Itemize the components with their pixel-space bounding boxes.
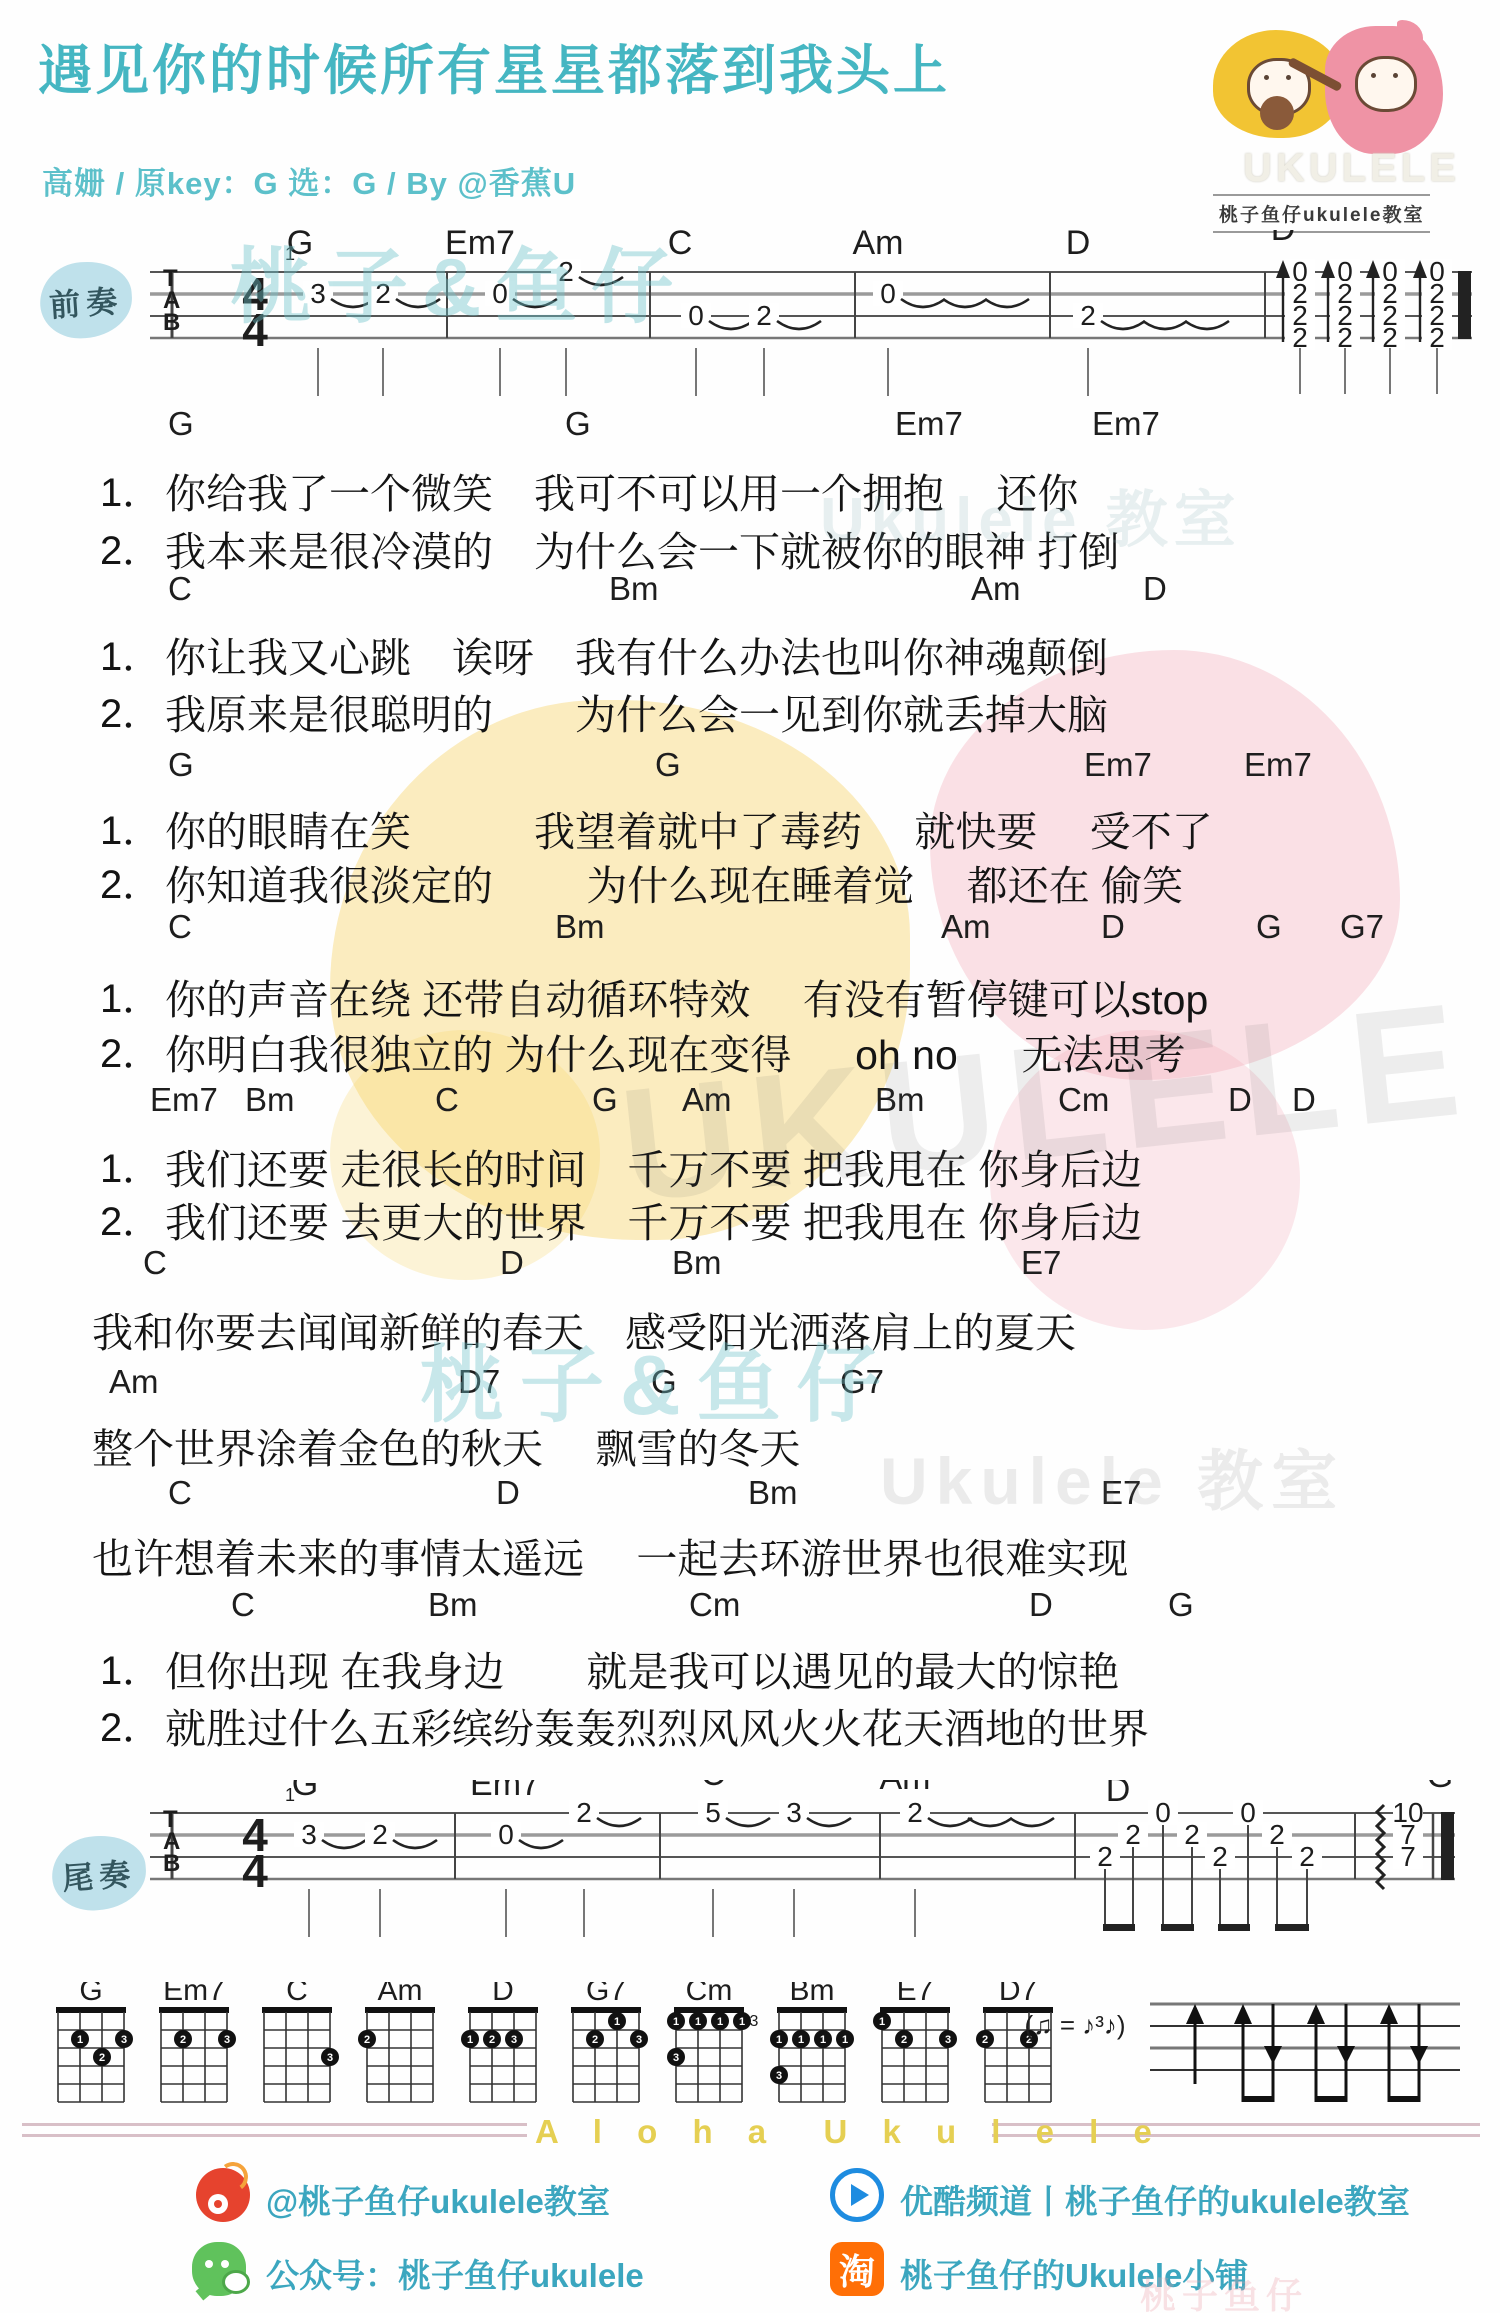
lyric-chord-label: Bm xyxy=(609,570,659,608)
tab-fret-number: 2 xyxy=(1080,300,1096,331)
footer-weibo-text: @桃子鱼仔ukulele教室 xyxy=(266,2176,610,2223)
finger-number: 1 xyxy=(798,2034,804,2046)
verse-number: 1． xyxy=(100,625,162,682)
tab-fret-number: 3 xyxy=(301,1819,317,1850)
finger-number: 1 xyxy=(842,2034,848,2046)
staff-letter: B xyxy=(163,309,180,336)
wechat-icon xyxy=(192,2242,246,2296)
diagram-nut xyxy=(777,2007,847,2013)
time-signature-bottom: 4 xyxy=(242,304,268,356)
lyric-line: 整个世界涂着金色的秋天 飘雪的冬天 xyxy=(92,1416,800,1475)
lyric-chord-label: G xyxy=(565,405,591,443)
diagram-nut xyxy=(159,2007,229,2013)
tab-fret-number: 0 xyxy=(880,278,896,309)
aloha-ukulele-text: A l o h a U k u l e l e xyxy=(535,2113,985,2151)
tab-fret-number: 2 xyxy=(1212,1841,1228,1872)
lyric-chord-label: Em7 xyxy=(1244,746,1312,784)
logo-pink-face xyxy=(1355,56,1417,112)
tab-chord-label: C xyxy=(668,230,693,262)
tie-arc xyxy=(1010,1818,1054,1826)
diagram-nut xyxy=(262,2007,332,2013)
tie-arc xyxy=(726,1818,770,1826)
finger-number: 2 xyxy=(489,2034,495,2046)
lyric-chord-label: G xyxy=(655,746,681,784)
verse-number: 2． xyxy=(100,519,162,576)
chord-diagram-name: G xyxy=(79,1982,102,2007)
lyric-chord-label: Em7 xyxy=(895,405,963,443)
tie-arc xyxy=(985,299,1029,307)
tie-arc xyxy=(943,299,987,307)
tie-arc xyxy=(1143,321,1187,329)
lyric-chord-label: Bm xyxy=(672,1244,722,1282)
lyric-chord-label: D xyxy=(1029,1586,1053,1624)
weibo-icon xyxy=(196,2168,250,2222)
page-title: 遇见你的时候所有星星都落到我头上 xyxy=(38,28,950,105)
lyric-chord-label: G xyxy=(168,405,194,443)
tab-chord-label: C xyxy=(701,1780,726,1793)
lyric-line: 你的声音在绕 还带自动循环特效 有没有暂停键可以stop xyxy=(165,967,1208,1026)
footer-wechat-text: 公众号：桃子鱼仔ukulele xyxy=(266,2250,644,2297)
tab-chord-label: D xyxy=(1271,230,1296,248)
tie-arc xyxy=(709,321,753,329)
arpeggio-squiggle xyxy=(1377,1805,1384,1889)
lyric-line: 就胜过什么五彩缤纷轰轰烈烈风风火火花天酒地的世界 xyxy=(165,1696,1149,1755)
finger-number: 3 xyxy=(511,2034,517,2046)
lyric-chord-label: Em7 xyxy=(1092,405,1160,443)
lyric-line: 我们还要 走很长的时间 千万不要 把我甩在 你身后边 xyxy=(165,1137,1142,1196)
tie-arc xyxy=(513,299,557,307)
tab-fret-number: 2 xyxy=(558,256,574,287)
lyric-line: 也许想着未来的事情太遥远 一起去环游世界也很难实现 xyxy=(92,1526,1128,1585)
lyric-chord-label: Em7 xyxy=(1084,746,1152,784)
tab-chord-label: D xyxy=(1066,230,1091,262)
chord-diagram-name: Am xyxy=(378,1982,423,2007)
lyric-chord-label: D xyxy=(496,1474,520,1512)
lyric-chord-label: G xyxy=(168,746,194,784)
chord-diagram-name: Em7 xyxy=(163,1982,225,2007)
lyric-chord-label: D xyxy=(1292,1081,1316,1119)
tab-fret-number: 2 xyxy=(1269,1819,1285,1850)
lyric-chord-label: Am xyxy=(682,1081,732,1119)
diagram-nut xyxy=(674,2007,744,2013)
lyric-chord-label: G7 xyxy=(1340,908,1384,946)
tab-fret-number: 2 xyxy=(1125,1819,1141,1850)
finger-number: 2 xyxy=(99,2052,105,2064)
tie-arc xyxy=(901,299,945,307)
lyric-chord-label: G xyxy=(1168,1586,1194,1624)
tab-chord-label: G xyxy=(287,230,313,262)
verse-number: 2． xyxy=(100,1190,162,1247)
lyric-chord-label: D xyxy=(1143,570,1167,608)
lyric-chord-label: Cm xyxy=(1058,1081,1109,1119)
tab-fret-number: 2 xyxy=(907,1797,923,1828)
lyric-chord-label: Bm xyxy=(245,1081,295,1119)
chord-diagram-name: Cm xyxy=(686,1982,733,2007)
finger-number: 3 xyxy=(327,2052,333,2064)
finger-number: 3 xyxy=(945,2034,951,2046)
chord-diagram-name: Bm xyxy=(790,1982,835,2007)
tie-arc xyxy=(322,1840,366,1848)
strum-beam xyxy=(1242,2096,1275,2102)
ukulele-icon xyxy=(1260,96,1294,130)
chord-diagram-name: G7 xyxy=(586,1982,626,2007)
tab-fret-number: 0 xyxy=(498,1819,514,1850)
tab-chord-label: G xyxy=(1427,1780,1453,1795)
swing-feel-marker: (♫ = ♪³♪) xyxy=(1024,2010,1125,2040)
beam-bar xyxy=(1103,1924,1135,1931)
tab-fret-number: 2 xyxy=(375,278,391,309)
tab-chord-label: Em7 xyxy=(445,230,515,262)
lyric-chord-label: Bm xyxy=(428,1586,478,1624)
logo-school-name: 桃子鱼仔ukulele教室 xyxy=(1213,194,1430,233)
finger-number: 3 xyxy=(776,2070,782,2082)
beam-bar xyxy=(1161,1924,1194,1931)
finger-number: 1 xyxy=(77,2034,83,2046)
song-credits: 高姗 / 原key：G 选：G / By @香蕉U xyxy=(42,158,576,203)
finger-number: 3 xyxy=(673,2052,679,2064)
tie-arc xyxy=(968,1818,1012,1826)
staff-letter: B xyxy=(163,1850,180,1877)
tab-chord-label: D xyxy=(1106,1780,1131,1809)
finger-number: 1 xyxy=(776,2034,782,2046)
footer-youku-text: 优酷频道丨桃子鱼仔的ukulele教室 xyxy=(900,2176,1410,2223)
end-thick-barline xyxy=(1441,1812,1454,1880)
footer-taobao-text: 桃子鱼仔的Ukulele小铺 xyxy=(900,2250,1248,2297)
lyric-chord-label: Bm xyxy=(748,1474,798,1512)
tie-arc xyxy=(519,1840,563,1848)
chord-diagrams-panel: G123Em723C3Am2D123G7123Cm311113Bm11113E7… xyxy=(0,1982,1500,2117)
tie-arc xyxy=(1101,321,1145,329)
logo-brand: UKULELE xyxy=(1243,146,1460,191)
lyric-chord-label: C xyxy=(168,1474,192,1512)
lyric-line: 我们还要 去更大的世界 千万不要 把我甩在 你身后边 xyxy=(165,1190,1142,1249)
tab-chord-label: G xyxy=(292,1780,318,1803)
lyric-chord-label: D xyxy=(1228,1081,1252,1119)
chord-diagram-name: D7 xyxy=(999,1982,1037,2007)
lyric-chord-label: D7 xyxy=(458,1363,500,1401)
tab-fret-number: 0 xyxy=(1155,1797,1171,1828)
finger-number: 1 xyxy=(717,2016,723,2028)
outro-tab-staff: TAB441GEm7CAmDG3202532220220221077 xyxy=(0,1780,1500,1970)
tab-fret-number: 0 xyxy=(492,278,508,309)
tie-arc xyxy=(393,1840,437,1848)
diagram-nut xyxy=(365,2007,435,2013)
time-signature-bottom: 4 xyxy=(242,1845,268,1897)
tab-fret-number: 2 xyxy=(372,1819,388,1850)
tie-arc xyxy=(396,299,440,307)
lyric-chord-label: C xyxy=(231,1586,255,1624)
lyric-chord-label: E7 xyxy=(1021,1244,1061,1282)
lyric-chord-label: Am xyxy=(971,570,1021,608)
tab-fret-number: 7 xyxy=(1400,1841,1416,1872)
diagram-nut xyxy=(571,2007,641,2013)
verse-number: 2． xyxy=(100,1696,162,1753)
finger-number: 1 xyxy=(695,2016,701,2028)
tie-arc xyxy=(807,1818,851,1826)
diagram-nut xyxy=(880,2007,950,2013)
finger-number: 3 xyxy=(121,2034,127,2046)
tie-arc xyxy=(1185,321,1229,329)
lyric-chord-label: G xyxy=(592,1081,618,1119)
tab-chord-label: Em7 xyxy=(470,1780,540,1803)
finger-number: 1 xyxy=(467,2034,473,2046)
tie-arc xyxy=(579,277,623,285)
lyric-chord-label: C xyxy=(168,570,192,608)
up-stroke-arrow xyxy=(1380,2004,1398,2024)
intro-tab-staff: TAB441GEm7CAmDD320202020222022202220222 xyxy=(0,230,1500,430)
lyric-chord-label: C xyxy=(168,908,192,946)
logo: UKULELE 桃子鱼仔ukulele教室 xyxy=(1205,18,1500,228)
strum-beam xyxy=(1315,2096,1348,2102)
lyric-line: 我原来是很聪明的 为什么会一见到你就丢掉大脑 xyxy=(165,682,1108,741)
lyric-chord-label: C xyxy=(435,1081,459,1119)
up-stroke-arrow xyxy=(1186,2004,1204,2024)
end-thick-barline xyxy=(1458,271,1471,339)
verse-number: 1． xyxy=(100,799,162,856)
lyric-chord-label: Am xyxy=(941,908,991,946)
verse-number: 1． xyxy=(100,1639,162,1696)
finger-number: 1 xyxy=(673,2016,679,2028)
up-stroke-arrow xyxy=(1307,2004,1325,2024)
chord-sheet-page: 遇见你的时候所有星星都落到我头上 高姗 / 原key：G 选：G / By @香… xyxy=(0,0,1500,2313)
taobao-icon: 淘 xyxy=(830,2242,884,2296)
verse-number: 2． xyxy=(100,682,162,739)
lyric-chord-label: G xyxy=(651,1363,677,1401)
lyric-line: 你明白我很独立的 为什么现在变得 oh no 无法思考 xyxy=(165,1022,1186,1081)
finger-number: 3 xyxy=(224,2034,230,2046)
lyric-chord-label: Em7 xyxy=(150,1081,218,1119)
tab-fret-number: 0 xyxy=(688,300,704,331)
chord-diagram-name: D xyxy=(492,1982,514,2007)
finger-number: 2 xyxy=(901,2034,907,2046)
finger-number: 2 xyxy=(180,2034,186,2046)
chord-diagram-name: E7 xyxy=(897,1982,934,2007)
verse-number: 1． xyxy=(100,461,162,518)
verse-number: 1． xyxy=(100,1137,162,1194)
finger-number: 1 xyxy=(820,2034,826,2046)
tab-fret-number: 2 xyxy=(576,1797,592,1828)
lyric-chord-label: D xyxy=(500,1244,524,1282)
verse-number: 2． xyxy=(100,1022,162,1079)
lyric-line: 你给我了一个微笑 我可不可以用一个拥抱 还你 xyxy=(165,461,1078,520)
lyric-chord-label: G7 xyxy=(840,1363,884,1401)
divider-line-left-bottom xyxy=(22,2134,527,2137)
tab-fret-number: 2 xyxy=(1299,1841,1315,1872)
beam-bar xyxy=(1275,1924,1309,1931)
lyric-chord-label: C xyxy=(143,1244,167,1282)
tie-arc xyxy=(777,321,821,329)
finger-number: 2 xyxy=(592,2034,598,2046)
lyric-chord-label: Cm xyxy=(689,1586,740,1624)
finger-number: 1 xyxy=(614,2016,620,2028)
finger-number: 2 xyxy=(982,2034,988,2046)
tab-fret-number: 2 xyxy=(756,300,772,331)
lyric-chord-label: D xyxy=(1101,908,1125,946)
finger-number: 2 xyxy=(364,2034,370,2046)
strum-beam xyxy=(1388,2096,1421,2102)
lyric-chord-label: E7 xyxy=(1101,1474,1141,1512)
tab-fret-number: 3 xyxy=(310,278,326,309)
tab-fret-number: 2 xyxy=(1184,1819,1200,1850)
tab-fret-number: 3 xyxy=(786,1797,802,1828)
lyric-chord-label: Bm xyxy=(875,1081,925,1119)
up-stroke-arrow xyxy=(1234,2004,1252,2024)
lyric-chord-label: Am xyxy=(109,1363,159,1401)
finger-number: 1 xyxy=(879,2016,885,2028)
diagram-nut xyxy=(468,2007,538,2013)
tie-arc xyxy=(928,1818,972,1826)
verse-number: 2． xyxy=(100,853,162,910)
lyric-line: 但你出现 在我身边 就是我可以遇见的最大的惊艳 xyxy=(165,1639,1119,1698)
lyric-line: 你的眼睛在笑 我望着就中了毒药 就快要 受不了 xyxy=(165,799,1213,858)
tab-chord-label: Am xyxy=(853,230,904,262)
divider-line-left-top xyxy=(22,2123,527,2126)
finger-number: 1 xyxy=(739,2016,745,2028)
lyric-chord-label: Bm xyxy=(555,908,605,946)
tab-fret-number: 5 xyxy=(705,1797,721,1828)
chord-diagram-name: C xyxy=(286,1982,308,2007)
lyric-line: 你知道我很淡定的 为什么现在睡着觉 都还在 偷笑 xyxy=(165,853,1183,912)
lyric-line: 你让我又心跳 诶呀 我有什么办法也叫你神魂颠倒 xyxy=(165,625,1108,684)
finger-number: 3 xyxy=(636,2034,642,2046)
lyric-line: 我和你要去闻闻新鲜的春天 感受阳光洒落肩上的夏天 xyxy=(92,1300,1076,1359)
tab-fret-number: 0 xyxy=(1240,1797,1256,1828)
tab-chord-label: Am xyxy=(880,1780,931,1797)
tab-fret-number: 2 xyxy=(1097,1841,1113,1872)
beam-bar xyxy=(1218,1924,1250,1931)
verse-number: 1． xyxy=(100,967,162,1024)
lyric-chord-label: G xyxy=(1256,908,1282,946)
youku-icon xyxy=(830,2168,884,2222)
diagram-nut xyxy=(56,2007,126,2013)
tie-arc xyxy=(597,1818,641,1826)
